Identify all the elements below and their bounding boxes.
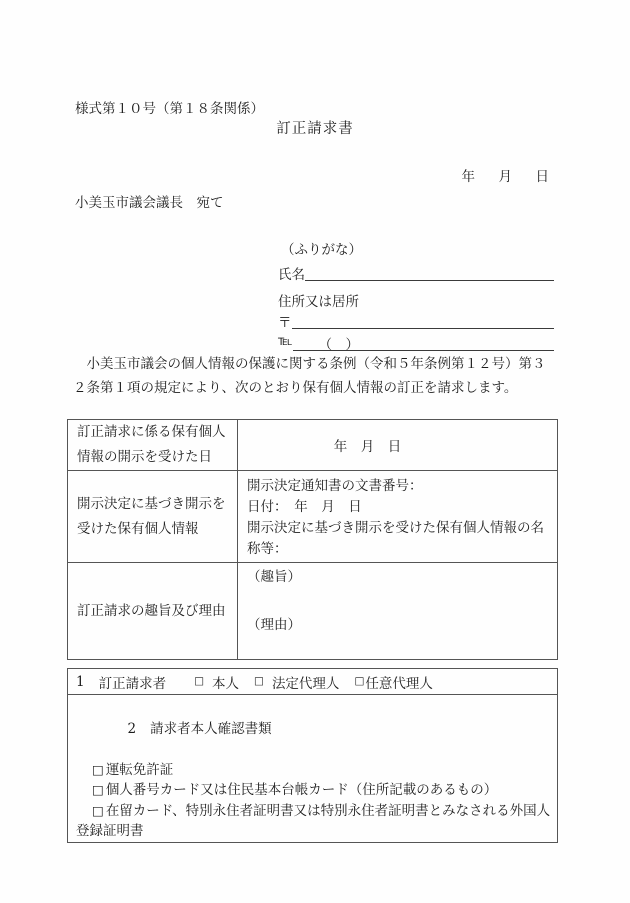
checkbox-icon: □ [92,782,104,797]
checkbox-icon: □ [194,675,204,687]
reason-label: （理由） [247,615,557,635]
paragraph-line-2: ２条第１項の規定により、次のとおり保有個人情報の訂正を請求します。 [73,376,573,400]
page-title: 訂正請求書 [0,117,630,138]
document-item-label: 運転免許証 [106,762,174,778]
requester-table: 1 訂正請求者 □本人 □法定代理人 □任意代理人 [67,668,558,843]
disclosure-date-value-cell: 年 月 日 [238,420,558,471]
option-label: 任意代理人 [365,672,433,692]
identity-documents-list: □運転免許証 □個人番号カード又は住民基本台帳カード（住所記載のあるもの） □在… [74,760,557,842]
value-line: 開示決定通知書の文書番号： [247,476,557,497]
table-row: 訂正請求の趣旨及び理由 （趣旨） （理由） [68,563,558,660]
correction-detail-table: 訂正請求に係る保有個人情報の開示を受けた日 年 月 日 開示決定に基づき開示を受… [67,419,558,660]
document-page: 様式第１０号（第１８条関係） 訂正請求書 年 月 日 小美玉市議会議長 宛て （… [0,0,630,903]
name-underline [305,263,554,281]
address-field-row: 住所又は居所 [278,290,554,310]
checkbox-icon: □ [354,675,364,687]
identity-documents-block: 2請求者本人確認書類 □運転免許証 □個人番号カード又は住民基本台帳カード（住所… [68,695,557,842]
form-number: 様式第１０号（第１８条関係） [75,97,264,117]
addressee-line: 小美玉市議会議長 宛て [75,191,224,211]
checkbox-icon: □ [92,762,104,777]
table-row: 訂正請求に係る保有個人情報の開示を受けた日 年 月 日 [68,420,558,471]
table-row: 開示決定に基づき開示を受けた保有個人情報 開示決定通知書の文書番号：日付： 年 … [68,471,558,563]
identity-documents-cell: 2請求者本人確認書類 □運転免許証 □個人番号カード又は住民基本台帳カード（住所… [68,695,558,843]
purpose-label: （趣旨） [247,567,557,587]
table-row: 2請求者本人確認書類 □運転免許証 □個人番号カード又は住民基本台帳カード（住所… [68,695,558,843]
value-line: 開示決定に基づき開示を受けた保有個人情報の名 [247,518,557,539]
postal-underline [292,311,555,329]
label-line: 受けた保有個人情報 [77,517,237,542]
paragraph-line-1: 小美玉市議会の個人情報の保護に関する条例（令和５年条例第１２号）第３ [73,352,573,376]
requester-option: □法定代理人 [254,672,339,692]
tel-field-row: ℡ （ ） [278,333,554,350]
label-line: 情報の開示を受けた日 [77,445,237,470]
furigana-label: （ふりがな） [281,238,362,258]
label-line: 開示決定に基づき開示を [77,492,237,517]
requester-type-cell: 1 訂正請求者 □本人 □法定代理人 □任意代理人 [68,669,558,695]
document-item-label: 個人番号カード又は住民基本台帳カード（住所記載のあるもの） [106,782,498,798]
date-line: 年 月 日 [462,165,555,185]
item-number: 2 [128,721,137,737]
checkbox-icon: □ [92,803,104,818]
disclosed-info-label-cell: 開示決定に基づき開示を受けた保有個人情報 [68,471,238,563]
requester-type-row: 1 訂正請求者 □本人 □法定代理人 □任意代理人 [68,672,557,692]
checkbox-icon: □ [254,675,264,687]
name-label: 氏名 [278,263,305,283]
requester-option: □本人 [194,672,239,692]
identity-document-item: □運転免許証 [74,760,557,781]
tel-parentheses: （ ） [319,337,360,353]
tel-underline: （ ） [293,333,554,351]
body-paragraph: 小美玉市議会の個人情報の保護に関する条例（令和５年条例第１２号）第３ ２条第１項… [73,352,573,400]
postal-mark-icon: 〒 [278,311,292,331]
identity-document-item: □在留カード、特別永住者証明書又は特別永住者証明書とみなされる外国人 [74,801,557,822]
value-line: 称等： [247,539,557,560]
identity-document-item: □個人番号カード又は住民基本台帳カード（住所記載のあるもの） [74,780,557,801]
requester-option: □任意代理人 [354,672,432,692]
requester-type-label: 訂正請求者 [99,672,167,692]
identity-documents-label: 請求者本人確認書類 [150,721,272,737]
disclosed-info-value-cell: 開示決定通知書の文書番号：日付： 年 月 日開示決定に基づき開示を受けた保有個人… [238,471,558,563]
disclosure-date-label-cell: 訂正請求に係る保有個人情報の開示を受けた日 [68,420,238,471]
item-number: 1 [76,674,85,690]
purpose-reason-value-cell: （趣旨） （理由） [238,563,558,660]
value-line: 日付： 年 月 日 [247,497,557,518]
label-line: 訂正請求に係る保有個人 [77,420,237,445]
purpose-reason-label-cell: 訂正請求の趣旨及び理由 [68,563,238,660]
document-item-label: 登録証明書 [76,823,144,839]
identity-documents-header: 2請求者本人確認書類 [74,698,557,760]
name-field-row: 氏名 [278,263,554,280]
tel-icon: ℡ [278,333,293,349]
option-label: 法定代理人 [272,672,340,692]
postal-field-row: 〒 [278,311,554,328]
identity-document-item: 登録証明書 [74,821,557,842]
address-label: 住所又は居所 [278,290,359,310]
table-row: 1 訂正請求者 □本人 □法定代理人 □任意代理人 [68,669,558,695]
document-item-label: 在留カード、特別永住者証明書又は特別永住者証明書とみなされる外国人 [106,803,550,819]
label-line: 訂正請求の趣旨及び理由 [77,599,237,624]
option-label: 本人 [212,672,239,692]
requester-options: □本人 □法定代理人 □任意代理人 [194,672,433,692]
